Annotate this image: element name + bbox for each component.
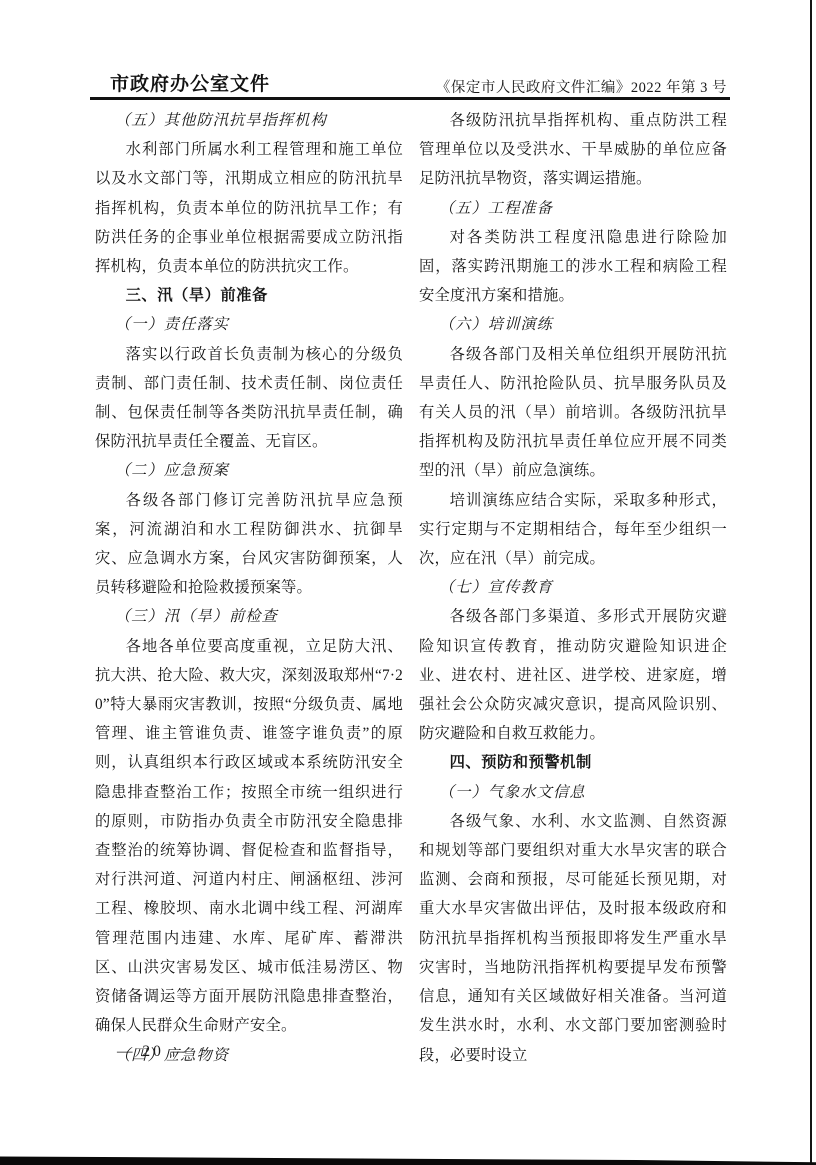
paragraph: 各级各部门多渠道、多形式开展防灾避险知识宣传教育，推动防灾避险知识进企业、进农村…	[419, 602, 727, 748]
scan-edge-right	[810, 0, 812, 1165]
sub-heading: （七）宣传教育	[419, 573, 727, 602]
paragraph: 各级气象、水利、水文监测、自然资源和规划等部门要组织对重大水旱灾害的联合监测、会…	[419, 807, 727, 1070]
paragraph: 落实以行政首长负责制为核心的分级负责制、部门责任制、技术责任制、岗位责任制、包保…	[95, 340, 403, 457]
section-heading: 三、汛（旱）前准备	[95, 281, 403, 310]
paragraph: 各级防汛抗旱指挥机构、重点防洪工程管理单位以及受洪水、干旱威胁的单位应备足防汛抗…	[419, 106, 727, 194]
sub-heading: （六）培训演练	[419, 310, 727, 339]
sub-heading: （一）气象水文信息	[419, 778, 727, 807]
sub-heading: （三）汛（旱）前检查	[95, 602, 403, 631]
header-rule	[90, 97, 730, 100]
scan-edge-bottom	[0, 1156, 816, 1165]
section-heading: 四、预防和预警机制	[419, 748, 727, 777]
paragraph: 各地各单位要高度重视，立足防大汛、抗大洪、抢大险、救大灾，深刻汲取郑州“7·20…	[95, 632, 403, 1041]
document-body: （五）其他防汛抗旱指挥机构水利部门所属水利工程管理和施工单位以及水文部门等，汛期…	[95, 106, 727, 1070]
paragraph: 对各类防洪工程度汛隐患进行除险加固，落实跨汛期施工的涉水工程和病险工程安全度汛方…	[419, 223, 727, 311]
paragraph: 水利部门所属水利工程管理和施工单位以及水文部门等，汛期成立相应的防汛抗旱指挥机构…	[95, 135, 403, 281]
sub-heading: （五）其他防汛抗旱指挥机构	[95, 106, 403, 135]
sub-heading: （一）责任落实	[95, 310, 403, 339]
document-page: 市政府办公室文件 《保定市人民政府文件汇编》2022 年第 3 号 （五）其他防…	[0, 0, 816, 1165]
column-left: （五）其他防汛抗旱指挥机构水利部门所属水利工程管理和施工单位以及水文部门等，汛期…	[95, 106, 403, 1070]
header-left-title: 市政府办公室文件	[110, 69, 270, 96]
header-right-title: 《保定市人民政府文件汇编》2022 年第 3 号	[436, 76, 727, 97]
page-number: — 20 —	[117, 1043, 189, 1061]
paragraph: 各级各部门及相关单位组织开展防汛抗旱责任人、防汛抢险队员、抗旱服务队员及有关人员…	[419, 340, 727, 486]
paragraph: 各级各部门修订完善防汛抗旱应急预案，河流湖泊和水工程防御洪水、抗御旱灾、应急调水…	[95, 486, 403, 603]
paragraph: 培训演练应结合实际，采取多种形式，实行定期与不定期相结合，每年至少组织一次，应在…	[419, 486, 727, 574]
sub-heading: （二）应急预案	[95, 456, 403, 485]
sub-heading: （五）工程准备	[419, 194, 727, 223]
column-right: 各级防汛抗旱指挥机构、重点防洪工程管理单位以及受洪水、干旱威胁的单位应备足防汛抗…	[419, 106, 727, 1070]
